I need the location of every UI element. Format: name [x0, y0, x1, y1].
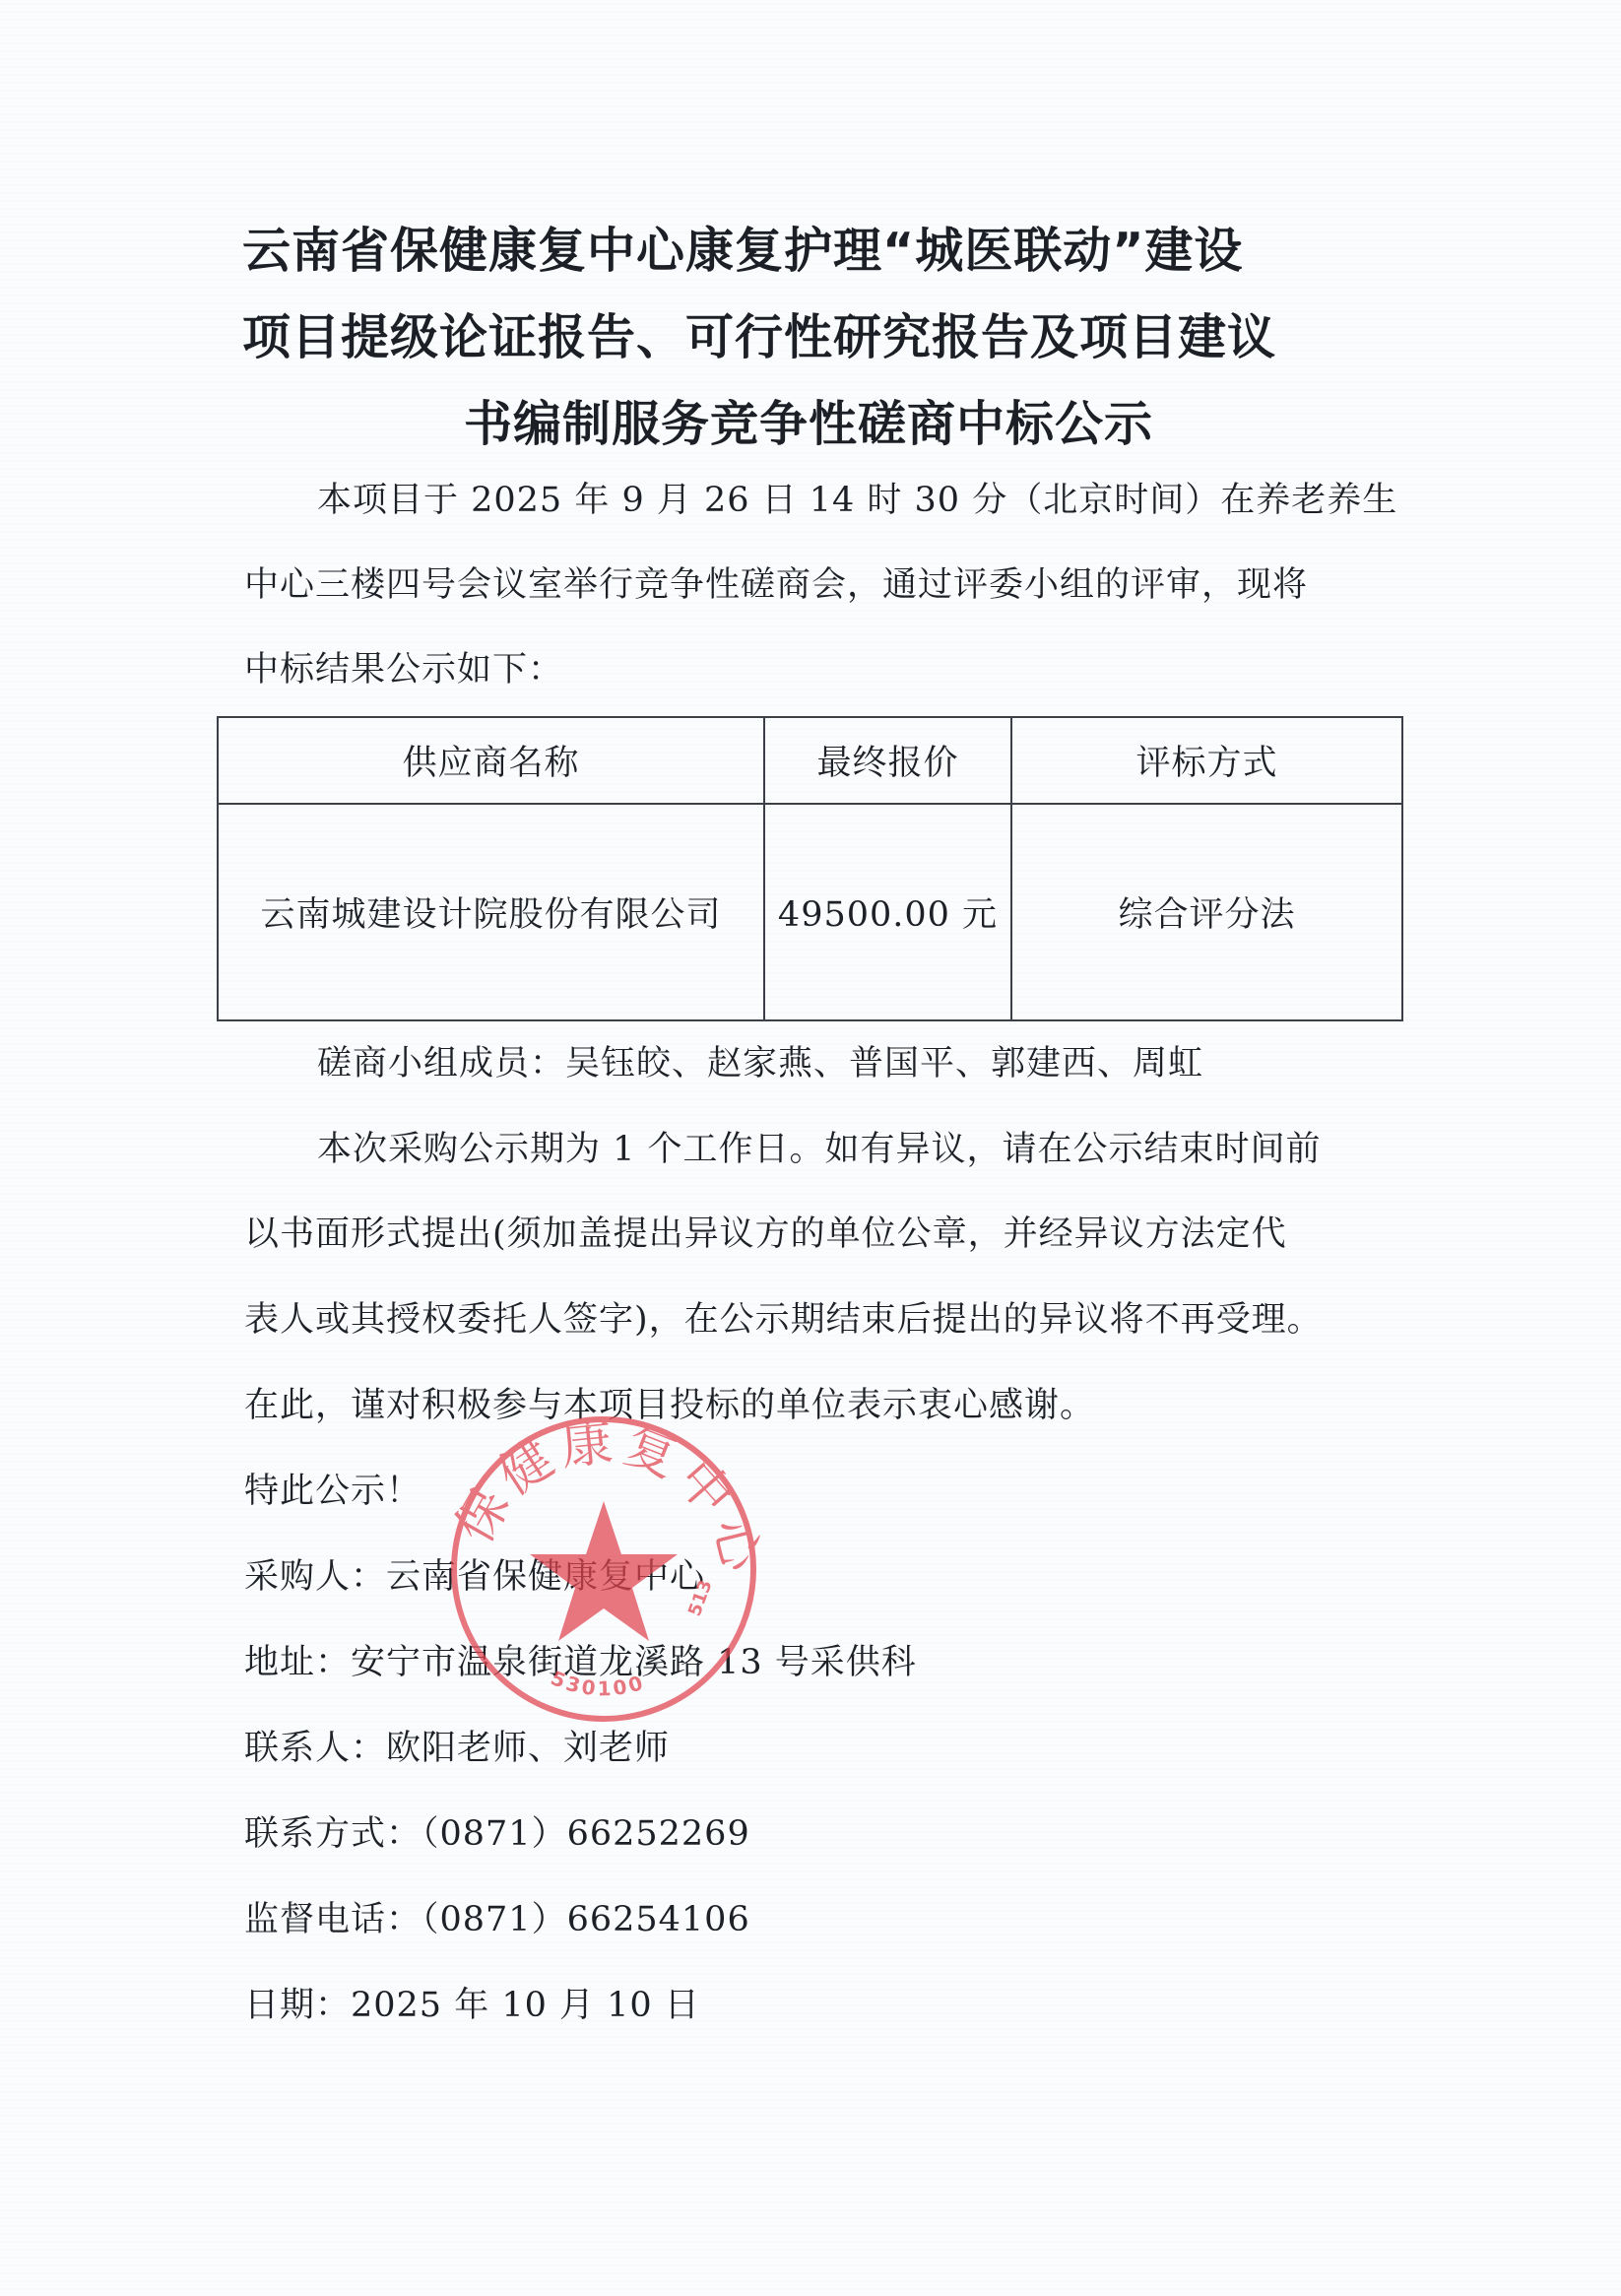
notice-line-4: 在此，谨对积极参与本项目投标的单位表示衷心感谢。 [244, 1384, 1095, 1427]
notice-line-3: 表人或其授权委托人签字)，在公示期结束后提出的异议将不再受理。 [244, 1298, 1323, 1342]
table-cell-evaluation-method: 综合评分法 [1012, 805, 1401, 1019]
contact-person: 联系人：欧阳老师、刘老师 [244, 1727, 670, 1770]
closing-statement: 特此公示！ [244, 1470, 421, 1513]
award-result-table: 供应商名称 最终报价 评标方式 云南城建设计院股份有限公司 49500.00 元… [217, 716, 1403, 1021]
document-title-line-2: 项目提级论证报告、可行性研究报告及项目建议 [242, 299, 1375, 368]
table-header-evaluation-method: 评标方式 [1012, 718, 1401, 803]
contact-phone: 联系方式：（0871）66252269 [244, 1812, 750, 1856]
notice-line-1: 本次采购公示期为 1 个工作日。如有异议，请在公示结束时间前 [317, 1128, 1322, 1171]
table-header-supplier: 供应商名称 [219, 718, 763, 803]
address: 地址：安宁市温泉街道龙溪路 13 号采供科 [244, 1641, 917, 1684]
intro-line-2: 中心三楼四号会议室举行竞争性磋商会，通过评委小组的评审，现将 [244, 563, 1308, 607]
table-cell-supplier: 云南城建设计院股份有限公司 [219, 805, 763, 1019]
document-title-line-3: 书编制服务竞争性磋商中标公示 [242, 386, 1375, 455]
scanned-page: 云南省保健康复中心康复护理“城医联动”建设 项目提级论证报告、可行性研究报告及项… [0, 0, 1621, 2296]
notice-line-2: 以书面形式提出(须加盖提出异议方的单位公章，并经异议方法定代 [244, 1213, 1287, 1256]
purchaser: 采购人：云南省保健康复中心 [244, 1555, 705, 1599]
intro-line-1: 本项目于 2025 年 9 月 26 日 14 时 30 分（北京时间）在养老养… [317, 479, 1397, 522]
table-header-final-price: 最终报价 [765, 718, 1010, 803]
document-date: 日期：2025 年 10 月 10 日 [244, 1984, 700, 2027]
intro-line-3: 中标结果公示如下： [244, 648, 563, 691]
panel-members: 磋商小组成员：吴钰皎、赵家燕、普国平、郭建西、周虹 [317, 1042, 1203, 1085]
document-title-line-1: 云南省保健康复中心康复护理“城医联动”建设 [242, 213, 1375, 282]
supervision-phone: 监督电话：（0871）66254106 [244, 1898, 750, 1941]
table-cell-final-price: 49500.00 元 [765, 805, 1010, 1019]
